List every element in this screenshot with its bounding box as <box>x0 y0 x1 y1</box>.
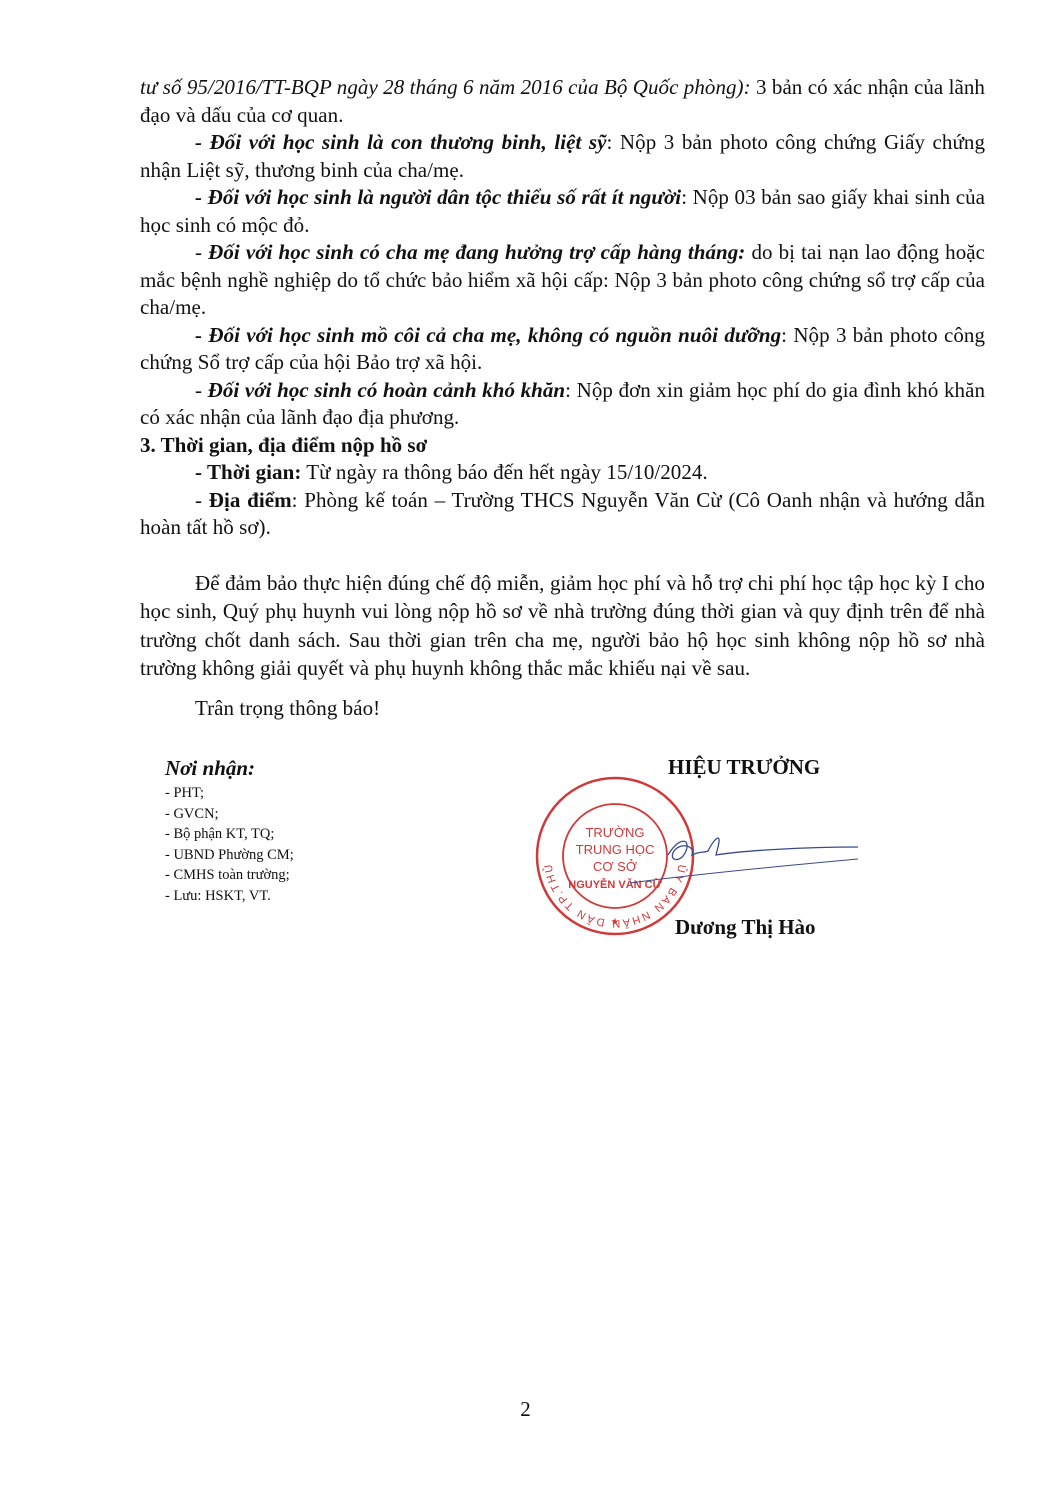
dash: - <box>195 240 208 264</box>
recipient-item: - Bộ phận KT, TQ; <box>165 824 294 845</box>
paragraph-monthly-allowance: - Đối với học sinh có cha mẹ đang hưởng … <box>140 239 985 322</box>
recipients-block: Nơi nhận: - PHT; - GVCN; - Bộ phận KT, T… <box>165 755 294 906</box>
paragraph-hardship: - Đối với học sinh có hoàn cảnh khó khăn… <box>140 377 985 432</box>
closing-line: Trân trọng thông báo! <box>140 695 985 723</box>
recipient-item: - PHT; <box>165 783 294 804</box>
document-page: tư số 95/2016/TT-BQP ngày 28 tháng 6 năm… <box>140 74 985 722</box>
signature-block: HIỆU TRƯỞNG ỦY BAN NHÂN DÂN TP.THỦ DẦU M… <box>530 745 860 955</box>
dash: - <box>195 378 208 402</box>
category-label: - Đối với học sinh mồ côi cả cha mẹ, khô… <box>195 323 781 347</box>
recipient-item: - CMHS toàn trường; <box>165 865 294 886</box>
category-label: - Đối với học sinh là người dân tộc thiể… <box>195 185 681 209</box>
place-label: Địa điểm <box>209 488 292 512</box>
conclusion-paragraph: Để đảm bảo thực hiện đúng chế độ miễn, g… <box>140 569 985 683</box>
paragraph-military-certificate: tư số 95/2016/TT-BQP ngày 28 tháng 6 năm… <box>140 74 985 129</box>
submission-place: - Địa điểm: Phòng kế toán – Trường THCS … <box>140 487 985 542</box>
recipients-title: Nơi nhận: <box>165 755 294 781</box>
section-heading: 3. Thời gian, địa điểm nộp hồ sơ <box>140 432 985 460</box>
svg-text:★: ★ <box>611 917 620 928</box>
handwritten-signature-icon <box>630 825 860 885</box>
dash: - <box>195 488 209 512</box>
submission-time: - Thời gian: Từ ngày ra thông báo đến hế… <box>140 459 985 487</box>
category-label: Đối với học sinh có hoàn cảnh khó khăn <box>208 378 566 402</box>
legal-reference: tư số 95/2016/TT-BQP ngày 28 tháng 6 năm… <box>140 75 751 99</box>
time-label: - Thời gian: <box>195 460 301 484</box>
paragraph-ethnic-minority: - Đối với học sinh là người dân tộc thiể… <box>140 184 985 239</box>
signer-name: Dương Thị Hào <box>675 915 816 940</box>
recipient-item: - GVCN; <box>165 804 294 825</box>
category-label: - Đối với học sinh là con thương binh, l… <box>195 130 607 154</box>
recipient-item: - Lưu: HSKT, VT. <box>165 886 294 907</box>
category-label: Đối với học sinh có cha mẹ đang hưởng tr… <box>208 240 745 264</box>
paragraph-war-invalid: - Đối với học sinh là con thương binh, l… <box>140 129 985 184</box>
paragraph-orphan: - Đối với học sinh mồ côi cả cha mẹ, khô… <box>140 322 985 377</box>
recipient-item: - UBND Phường CM; <box>165 845 294 866</box>
time-text: Từ ngày ra thông báo đến hết ngày 15/10/… <box>301 460 707 484</box>
page-number: 2 <box>0 1397 1051 1422</box>
spacer <box>140 542 985 569</box>
